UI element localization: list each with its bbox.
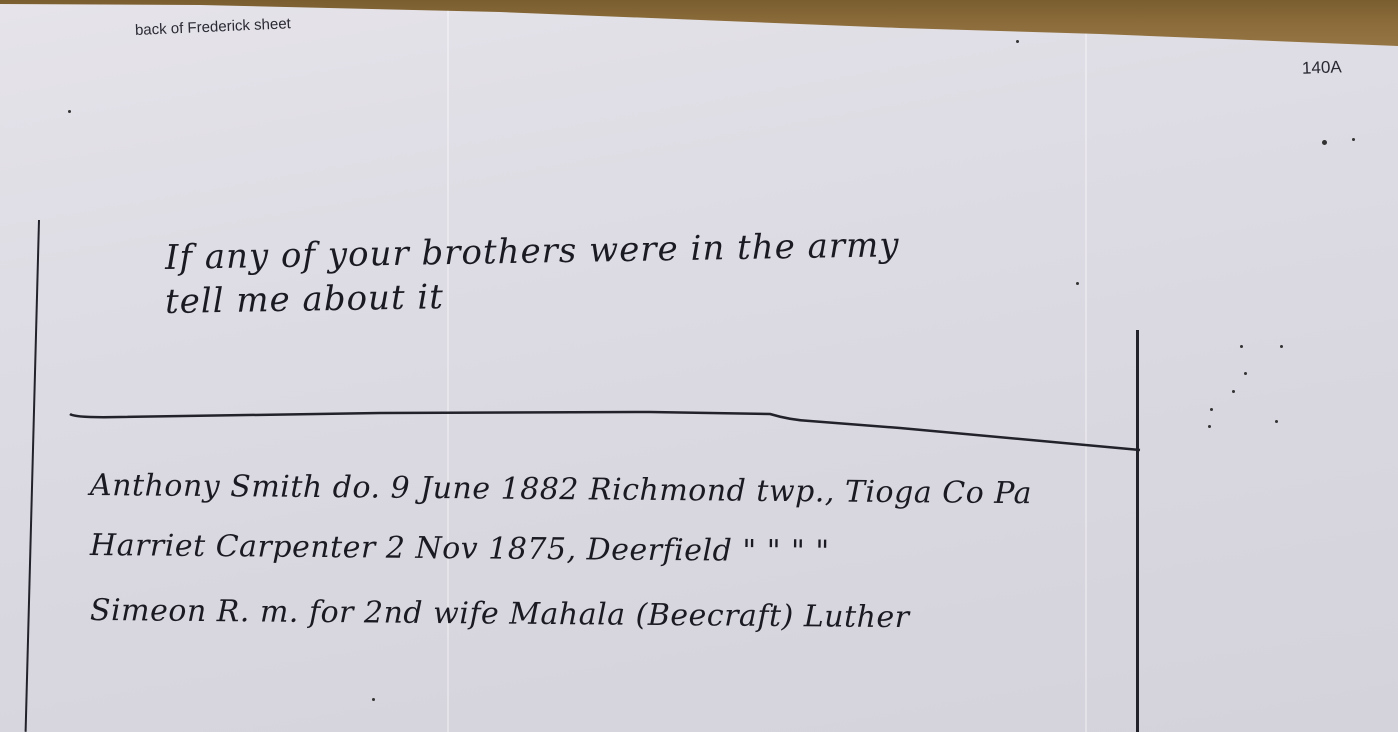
ink-speck — [1076, 282, 1079, 285]
ink-speck — [1240, 345, 1243, 348]
entry-simeon-r: Simeon R. m. for 2nd wife Mahala (Beecra… — [90, 593, 910, 635]
ink-speck — [372, 698, 375, 701]
ink-speck — [1232, 390, 1235, 393]
ink-speck — [1210, 408, 1213, 411]
ink-speck — [1322, 140, 1327, 145]
entry-harriet-carpenter: Harriet Carpenter 2 Nov 1875, Deerfield … — [90, 528, 830, 569]
ink-speck — [1280, 345, 1283, 348]
ink-speck — [1016, 40, 1019, 43]
ink-speck — [1352, 138, 1355, 141]
ink-speck — [1208, 425, 1211, 428]
ink-speck — [1244, 372, 1247, 375]
paper-sheet: back of Frederick sheet 140A If any of y… — [0, 0, 1398, 732]
ink-speck — [68, 110, 71, 113]
ink-speck — [1275, 420, 1278, 423]
